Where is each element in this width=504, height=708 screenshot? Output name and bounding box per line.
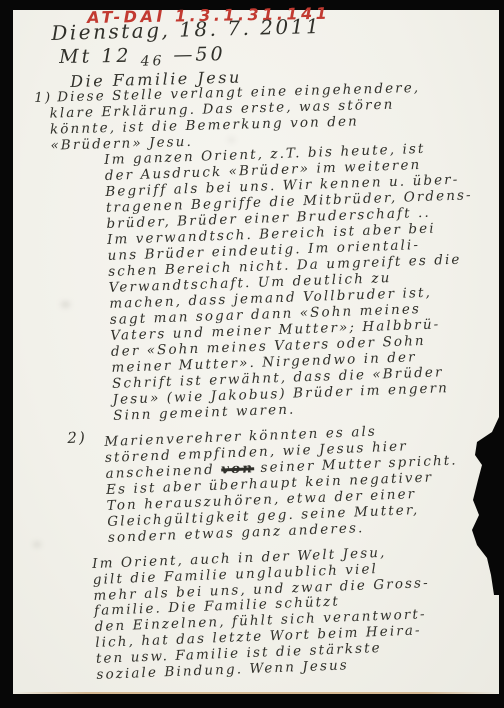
section-2-marker: 2) xyxy=(67,429,87,446)
section-2-body: Marienverehrer könnten es als störend em… xyxy=(104,420,460,545)
scanner-frame: AT-DAI 1.3.1.31.141 Dienstag, 18. 7. 201… xyxy=(0,0,504,708)
scan-smudge xyxy=(61,302,70,307)
scanned-page: AT-DAI 1.3.1.31.141 Dienstag, 18. 7. 201… xyxy=(13,10,499,694)
scripture-reference: Mt 12 46 —50 xyxy=(59,43,226,71)
struck-out-word: von xyxy=(221,460,255,477)
scripture-book: Mt 12 xyxy=(59,45,132,68)
scripture-verse-from: 46 xyxy=(141,53,165,69)
section-1-body: Im ganzen Orient, z.T. bis heute, ist de… xyxy=(104,139,480,424)
section-2-orient-paragraph: Im Orient, auch in der Welt Jesu, gilt d… xyxy=(92,544,433,683)
section-1-marker: 1) xyxy=(34,90,52,106)
torn-edge xyxy=(468,405,504,595)
paper-bottom-warm-edge xyxy=(13,692,499,694)
scan-smudge xyxy=(228,138,235,142)
scripture-verse-to: —50 xyxy=(173,43,226,66)
scan-smudge xyxy=(33,542,41,547)
